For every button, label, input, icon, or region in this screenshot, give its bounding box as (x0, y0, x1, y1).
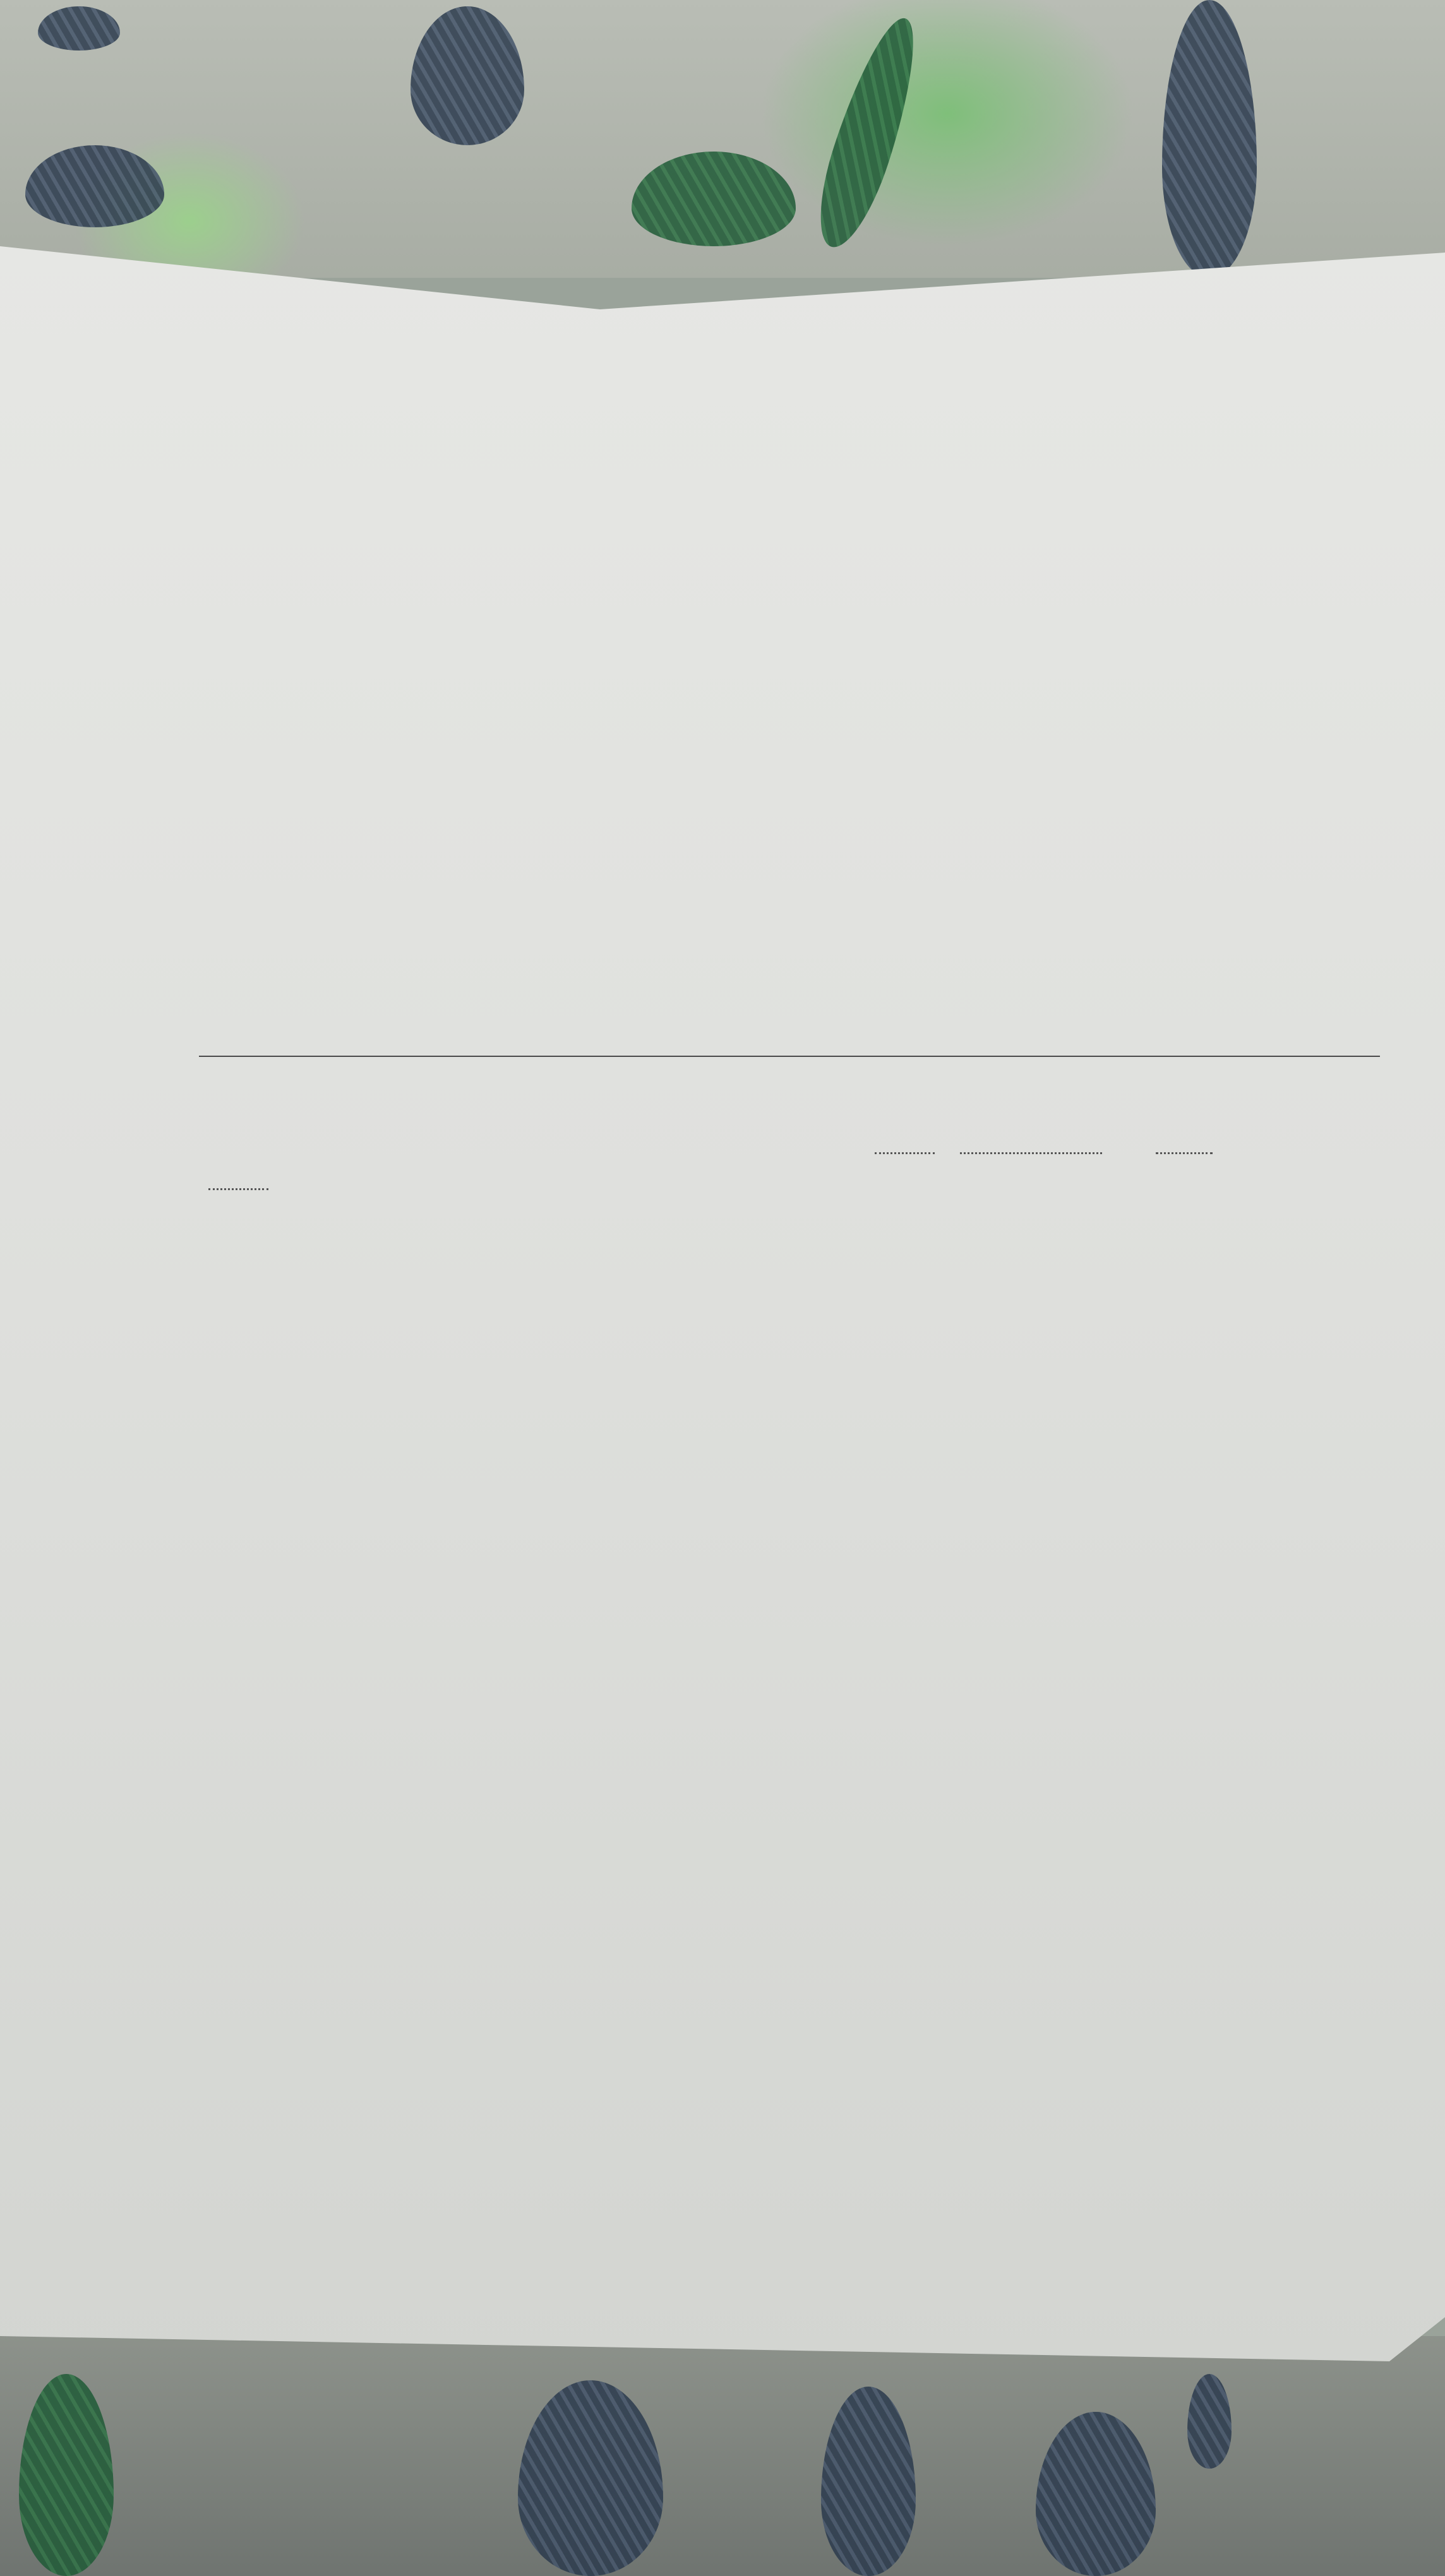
leaf-pattern-icon (1187, 2374, 1232, 2469)
from-year-field (1156, 1152, 1213, 1154)
to-day-field (208, 1188, 268, 1190)
leaf-pattern-icon (25, 145, 164, 227)
dragonfly-body-icon (632, 152, 796, 246)
leaf-pattern-icon (411, 6, 524, 145)
leaf-pattern-icon (821, 2387, 916, 2576)
fabric-background-bottom (0, 2336, 1445, 2576)
leaf-pattern-icon (19, 2374, 114, 2576)
leaf-pattern-icon (518, 2380, 663, 2576)
certificate-paper (0, 234, 1445, 2361)
dragonfly-wing-icon (804, 9, 932, 255)
leaf-pattern-icon (1162, 0, 1257, 278)
from-month-field (960, 1152, 1102, 1154)
leaf-pattern-icon (38, 6, 120, 51)
recipient-underline (199, 1056, 1380, 1057)
fabric-background-top (0, 0, 1445, 278)
leaf-pattern-icon (1036, 2412, 1156, 2576)
from-day-field (875, 1152, 935, 1154)
